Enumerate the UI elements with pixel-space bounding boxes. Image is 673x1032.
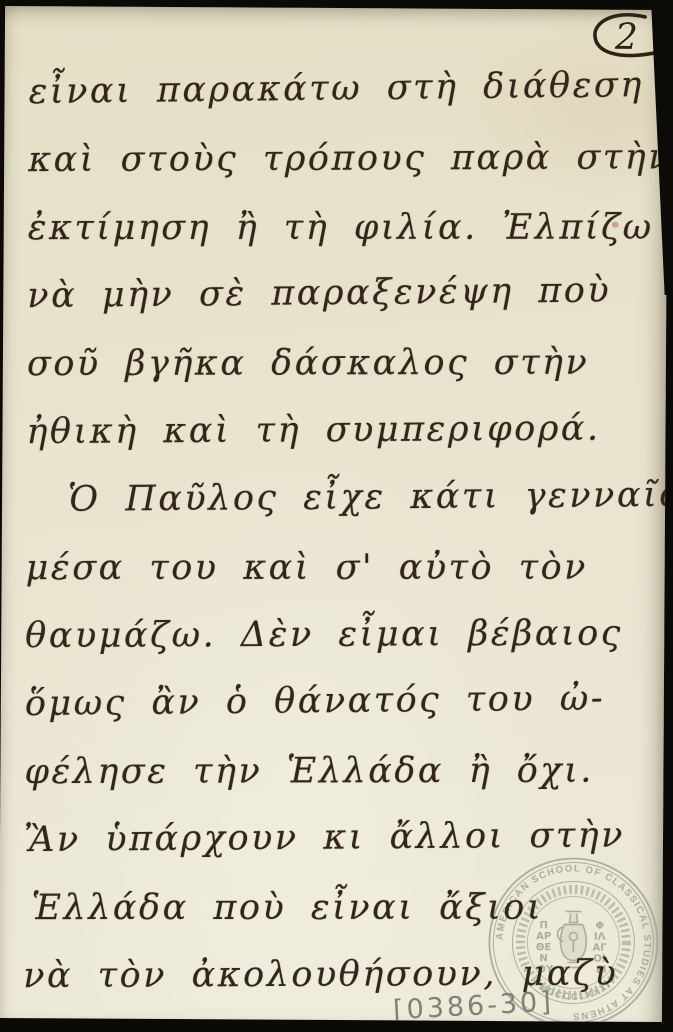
manuscript-line: εἶναι παρακάτω στὴ διάθεση <box>28 51 633 126</box>
manuscript-page: 2 εἶναι παρακάτω στὴ διάθεση καὶ στοὺς τ… <box>0 6 668 1022</box>
manuscript-line: σοῦ βγῆκα δάσκαλος στὴν <box>27 329 631 399</box>
manuscript-line: νὰ τὸν ἀκολουθήσουν, μαζὺ <box>23 939 627 1010</box>
manuscript-line: Ὁ Παῦλος εἶχε κάτι γενναῖο <box>26 461 631 534</box>
manuscript-text: εἶναι παρακάτω στὴ διάθεση καὶ στοὺς τρό… <box>23 58 633 1014</box>
manuscript-line: ὅμως ἂν ὁ θάνατός του ὠ- <box>25 664 630 738</box>
manuscript-line: ἠθικὴ καὶ τὴ συμπεριφορά. <box>26 394 630 466</box>
manuscript-line: καὶ στοὺς τρόπους παρὰ στὴν <box>28 123 632 194</box>
manuscript-line: Ἂν ὑπάρχουν κι ἄλλοι στὴν <box>24 801 629 874</box>
manuscript-line: θαυμάζω. Δὲν εἶμαι βέβαιος <box>25 599 629 670</box>
manuscript-line: νὰ μὴν σὲ παραξενέψη ποὺ <box>27 256 632 330</box>
scan-background: { "page": { "number": "2" }, "manuscript… <box>0 0 673 1032</box>
manuscript-line: Ἑλλάδα ποὺ εἶναι ἄξιοι <box>24 874 628 943</box>
manuscript-line: μέσα του καὶ σ' αὐτὸ τὸν <box>26 534 630 603</box>
manuscript-line: ἐκτίμηση ἢ τὴ φιλία. Ἐλπίζω <box>28 194 632 263</box>
manuscript-line: φέλησε τὴν Ἑλλάδα ἢ ὄχι. <box>24 737 628 807</box>
